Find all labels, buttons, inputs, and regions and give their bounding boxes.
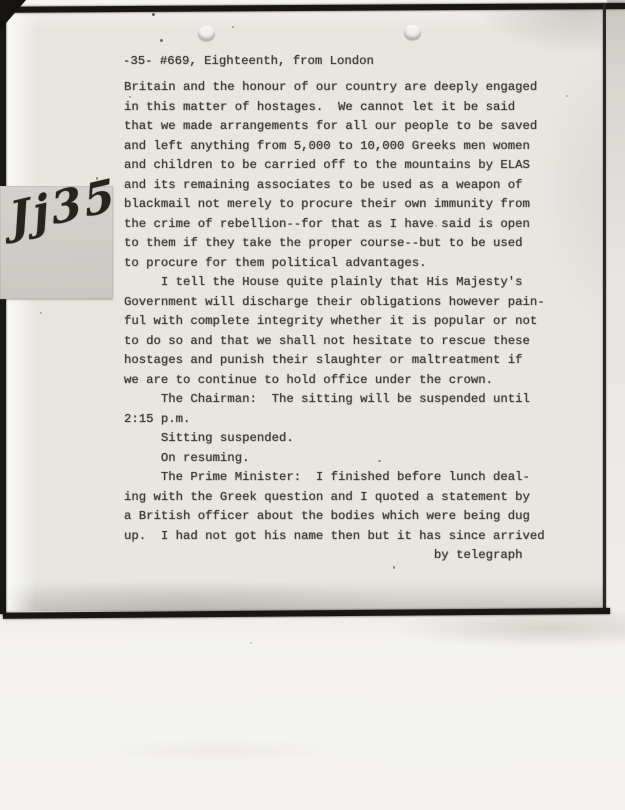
- paper-speck: [566, 95, 568, 97]
- paper-speck: [160, 39, 163, 42]
- paper-speck: [40, 312, 42, 314]
- paper-speck: [152, 13, 155, 16]
- paper-speck: [250, 642, 252, 644]
- paper-speck: [232, 26, 234, 28]
- paper-speck: [393, 566, 395, 569]
- page-header-line: -35- #669, Eighteenth, from London: [123, 53, 374, 69]
- hole-punch-left: [198, 26, 215, 41]
- scan-edge-left: [0, 0, 6, 614]
- paper-speck: [521, 300, 523, 302]
- paper-speck: [378, 460, 381, 462]
- hole-punch-right: [404, 25, 421, 40]
- paper-speck: [129, 96, 131, 98]
- typed-body-text: Britain and the honour of our country ar…: [124, 78, 545, 566]
- document-scan: -35- #669, Eighteenth, from London Brita…: [0, 0, 625, 810]
- scan-edge-right: [603, 4, 606, 612]
- index-tab: Jj35: [0, 186, 113, 299]
- backing-paper-bottom: [0, 612, 625, 810]
- paper-speck: [435, 225, 437, 227]
- backing-paper-right: [607, 0, 625, 612]
- scanned-page: -35- #669, Eighteenth, from London Brita…: [6, 6, 605, 611]
- paper-speck: [96, 177, 98, 180]
